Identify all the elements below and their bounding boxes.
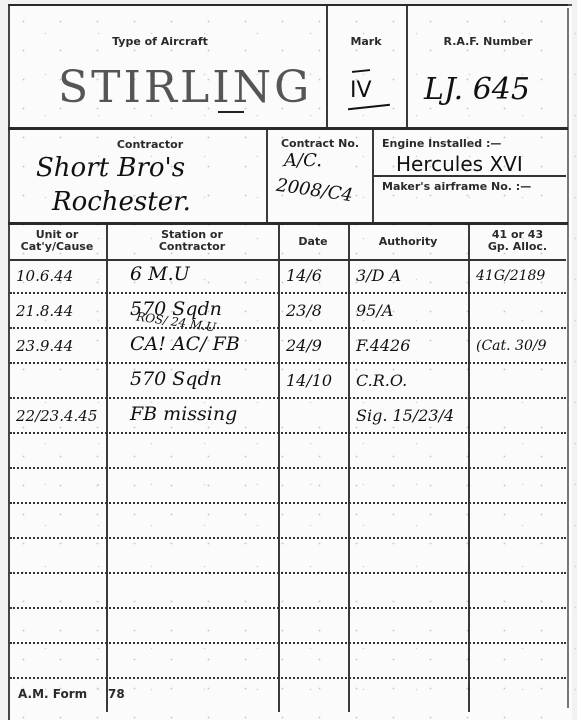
row-divider: [10, 572, 566, 574]
contract-divider: [8, 222, 568, 225]
contractor-label: Contractor: [60, 139, 240, 151]
contractor-value-line2: Rochester.: [52, 187, 191, 217]
row-divider: [10, 397, 566, 399]
form-id-number: 78: [108, 688, 132, 700]
makers-airframe-label: Maker's airframe No. :—: [382, 181, 562, 193]
row-divider: [10, 292, 566, 294]
mark-label: Mark: [330, 36, 402, 48]
cell-date: 23/8: [286, 301, 322, 320]
underline-mark: [218, 111, 244, 113]
row-divider: [10, 537, 566, 539]
cell-alloc: 41G/2189: [476, 268, 545, 284]
cell-station: 570 Sqdn: [130, 368, 222, 390]
right-border: [567, 8, 569, 708]
header-row-divider: [10, 259, 566, 261]
cell-date: 14/10: [286, 371, 332, 390]
row-divider: [10, 502, 566, 504]
type-of-aircraft-value: STIRLING: [58, 62, 312, 113]
row-divider: [10, 432, 566, 434]
engine-installed-label: Engine Installed :—: [382, 138, 562, 150]
header-divider: [8, 127, 568, 130]
type-of-aircraft-label: Type of Aircraft: [60, 36, 260, 48]
column-header: Date: [280, 236, 346, 248]
cell-date: 14/6: [286, 266, 322, 285]
column-header-line2: Cat'y/Cause: [10, 241, 104, 253]
cell-unit: 23.9.44: [16, 337, 73, 355]
cell-authority: 95/A: [356, 301, 393, 320]
column-header-line2: Contractor: [108, 241, 276, 253]
column-header: Authority: [350, 236, 466, 248]
divider-mark-raf: [406, 6, 408, 128]
cell-station: CA! AC/ FB: [130, 333, 240, 355]
divider-contractno-engine: [372, 130, 374, 224]
raf-number-label: R.A.F. Number: [410, 36, 566, 48]
contractor-value-line1: Short Bro's: [36, 153, 185, 183]
cell-station: 6 M.U: [130, 263, 190, 285]
cell-alloc: (Cat. 30/9: [476, 338, 547, 354]
row-divider: [10, 677, 566, 679]
cell-unit: 21.8.44: [16, 302, 73, 320]
cell-authority: C.R.O.: [356, 371, 407, 390]
row-divider: [10, 642, 566, 644]
row-divider: [10, 362, 566, 364]
cell-authority: Sig. 15/23/4: [356, 406, 454, 425]
cell-authority: F.4426: [356, 336, 410, 355]
cell-unit: 22/23.4.45: [16, 407, 97, 425]
column-header-line2: Gp. Alloc.: [470, 241, 565, 253]
contract-no-line1: A/C.: [284, 150, 322, 171]
cell-date: 24/9: [286, 336, 322, 355]
cell-authority: 3/D A: [356, 266, 401, 285]
top-border: [8, 4, 568, 6]
form-id-label: A.M. Form: [18, 688, 98, 700]
engine-installed-value: Hercules XVI: [396, 152, 523, 176]
contract-no-label: Contract No.: [268, 138, 372, 150]
row-divider: [10, 607, 566, 609]
cell-station: FB missing: [130, 403, 237, 425]
divider-type-mark: [326, 6, 328, 128]
raf-number-value: LJ. 645: [424, 72, 530, 107]
engine-underline: [374, 175, 566, 177]
mark-value: IV: [350, 78, 372, 103]
row-divider: [10, 327, 566, 329]
row-divider: [10, 467, 566, 469]
cell-unit: 10.6.44: [16, 267, 73, 285]
